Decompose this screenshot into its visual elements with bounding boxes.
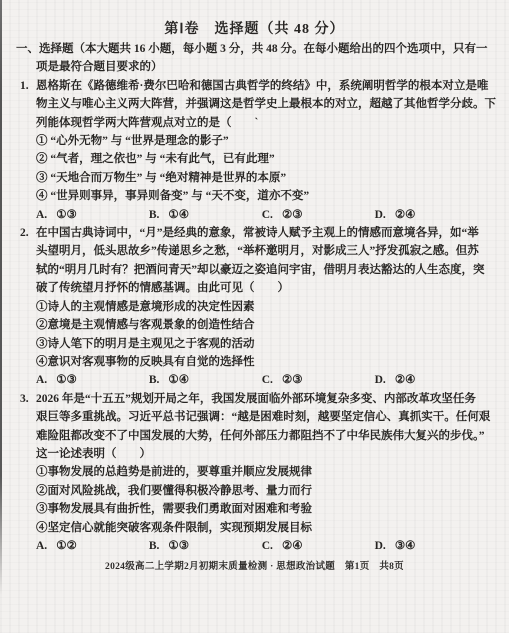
stem-text: 2026 年是“十五五”规划开局之年，我国发展面临外部环境复杂多变、内部改革攻坚… [36,393,476,405]
question-stem-line: 破了传统望月抒怀的情感基调。由此可见（ ） [0,279,509,297]
option-a: A.①② [36,537,146,555]
option-b: B.①③ [149,537,259,555]
question-1: 1. 恩格斯在《路德维希·费尔巴哈和德国古典哲学的终结》中，系统阐明哲学的根本对… [0,77,509,224]
option-d: D.③④ [375,537,416,555]
question-stem-line: 1. 恩格斯在《路德维希·费尔巴哈和德国古典哲学的终结》中，系统阐明哲学的根本对… [0,77,509,95]
stem-text: 恩格斯在《路德维希·费尔巴哈和德国古典哲学的终结》中，系统阐明哲学的根本对立是唯 [36,80,488,92]
question-number: 1. [20,77,29,95]
option-c: C.②④ [262,537,372,555]
question-2: 2. 在中国古典诗词中，“月”是经典的意象，常被诗人赋予主观上的情感而意境各异，… [0,224,509,390]
option-d: D.②④ [375,371,416,389]
options-row: A.①③ B.①④ C.②③ D.②④ [0,371,509,389]
question-stem-line: 轼的“明月几时有？把酒问青天”却以豪迈之姿追问宇宙，借明月表达豁达的人生态度，突 [0,261,509,279]
question-stem-line: 难险阻都改变不了中国发展的大势，任何外部压力都阻挡不了中华民族伟大复兴的步伐。” [0,427,509,445]
section-intro-line2: 项是最符合题目要求的） [0,58,509,76]
statement-item-2: ②面对风险挑战，我们要懂得积极冷静思考、量力而行 [0,482,509,500]
page-title: 第Ⅰ卷 选择题（共 48 分） [0,20,509,40]
question-stem-line: 这一论述表明（ ） [0,445,509,463]
statement-item-1: ①事物发展的总趋势是前进的，要尊重并顺应发展规律 [0,463,509,481]
option-b: B.①④ [149,371,259,389]
statement-item-1: ①诗人的主观情感是意境形成的决定性因素 [0,298,509,316]
statement-item-2: ② “气者，理之依也” 与 “未有此气，已有此理” [0,150,509,168]
options-row: A.①② B.①③ C.②④ D.③④ [0,537,509,555]
page-footer: 2024级高二上学期2月初期末质量检测 · 思想政治试题 第1页 共8页 [0,560,509,574]
question-stem-line: 2. 在中国古典诗词中，“月”是经典的意象，常被诗人赋予主观上的情感而意境各异，… [0,224,509,242]
option-b: B.①④ [149,206,259,224]
question-stem-line: 3. 2026 年是“十五五”规划开局之年，我国发展面临外部环境复杂多变、内部改… [0,390,509,408]
section-intro-line1: 一、选择题（本大题共 16 小题，每小题 3 分，共 48 分。在每小题给出的四… [0,40,509,58]
statement-item-3: ③事物发展具有曲折性，需要我们勇敢面对困难和考验 [0,500,509,518]
statement-item-4: ④坚定信心就能突破客观条件限制，实现预期发展目标 [0,519,509,537]
statement-item-3: ③诗人笔下的明月是主观见之于客观的活动 [0,335,509,353]
question-stem-line: 艰巨等多重挑战。习近平总书记强调：“越是困难时刻，越要坚定信心、真抓实干。任何艰 [0,408,509,426]
exam-page: 第Ⅰ卷 选择题（共 48 分） 一、选择题（本大题共 16 小题，每小题 3 分… [0,0,509,633]
option-c: C.②③ [262,206,372,224]
question-3: 3. 2026 年是“十五五”规划开局之年，我国发展面临外部环境复杂多变、内部改… [0,390,509,556]
statement-item-2: ②意境是主观情感与客观景象的创造性结合 [0,316,509,334]
question-stem-line: 头望明月，低头思故乡”传递思乡之愁，“举杯邀明月，对影成三人”抒发孤寂之感。但苏 [0,242,509,260]
options-row: A.①③ B.①④ C.②③ D.②④ [0,206,509,224]
option-a: A.①③ [36,371,146,389]
option-a: A.①③ [36,206,146,224]
statement-item-3: ③ “天地合而万物生” 与 “绝对精神是世界的本原” [0,169,509,187]
option-d: D.②④ [375,206,416,224]
statement-item-4: ④ “世异则事异，事异则备变” 与 “天不变，道亦不变” [0,187,509,205]
statement-item-4: ④意识对客观事物的反映具有自觉的选择性 [0,353,509,371]
option-c: C.②③ [262,371,372,389]
question-number: 3. [20,390,29,408]
statement-item-1: ① “心外无物” 与 “世界是理念的影子” [0,132,509,150]
question-number: 2. [20,224,29,242]
question-stem-line: 列能体现哲学两大阵营观点对立的是（ ` [0,114,509,132]
stem-text: 在中国古典诗词中，“月”是经典的意象，常被诗人赋予主观上的情感而意境各异，如“举 [36,227,479,239]
question-stem-line: 物主义与唯心主义两大阵营，并强调这是哲学史上最根本的对立，超越了其他哲学分歧。下 [0,95,509,113]
